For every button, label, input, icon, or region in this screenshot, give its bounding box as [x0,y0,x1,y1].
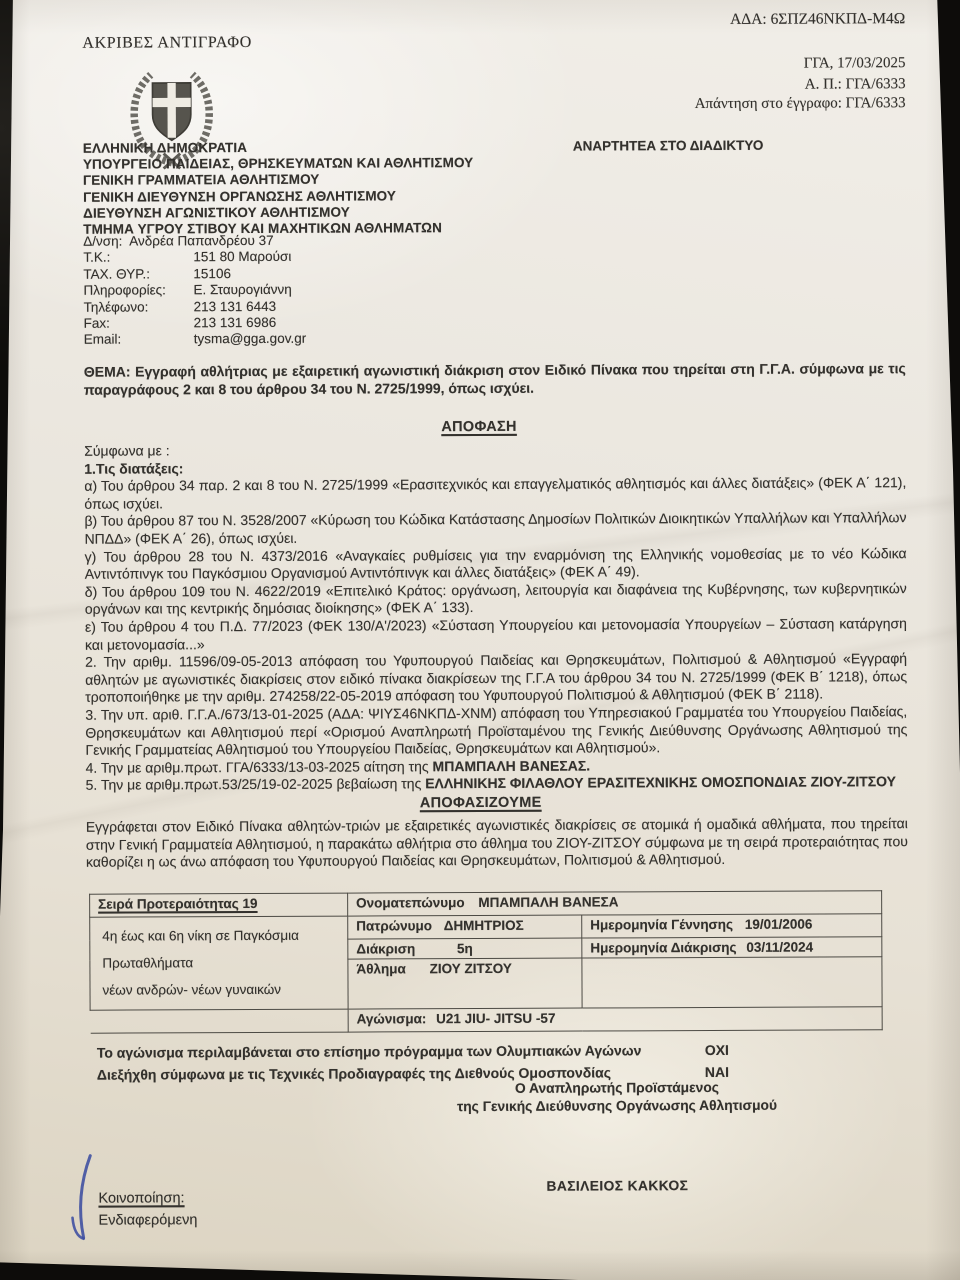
contact-row: Πληροφορίες: Ε. Σταυρογιάννη [83,281,503,299]
subject-label: ΘΕΜΑ: [84,364,131,380]
father-name-cell: Πατρώνυμο ΔΗΜΗΤΡΙΟΣ [348,915,582,939]
contact-value: 151 80 Μαρούσι [193,249,291,266]
empty-cell [582,957,882,1008]
reply-to-document: Απάντηση στο έγγραφο: ΓΓΑ/6333 [695,95,906,113]
contact-row: Τ.Κ.: 151 80 Μαρούσι [83,248,503,266]
date-reference: ΓΓΑ, 17/03/2025 [804,55,906,72]
signatory-title-line1: Ο Αναπληρωτής Προϊστάμενος [417,1079,817,1099]
agency-line: ΓΕΝΙΚΗ ΓΡΑΜΜΑΤΕΙΑ ΑΘΛΗΤΙΣΜΟΥ [83,171,473,189]
signatory-title-block: Ο Αναπληρωτής Προϊστάμενος της Γενικής Δ… [417,1079,817,1117]
birth-value: 19/01/2006 [745,917,813,932]
olympic-answer: ΟΧΙ [705,1040,729,1062]
agency-line: ΓΕΝΙΚΗ ΔΙΕΥΘΥΝΣΗ ΟΡΓΑΝΩΣΗΣ ΑΘΛΗΤΙΣΜΟΥ [83,188,473,206]
distinction-value: 5η [457,941,473,956]
olympic-statement-text: Το αγώνισμα περιλαμβάνεται στο επίσημο π… [97,1042,642,1060]
distribution-label: Κοινοποίηση: [98,1187,197,1209]
contact-row: ΤΑΧ. ΘΥΡ.: 15106 [83,265,503,283]
certified-copy-label: ΑΚΡΙΒΕΣ ΑΝΤΙΓΡΑΦΟ [82,34,252,53]
signatory-name: ΒΑΣΙΛΕΙΟΣ ΚΑΚΚΟΣ [417,1177,817,1197]
issuing-agency-block: ΕΛΛΗΝΙΚΗ ΔΗΜΟΚΡΑΤΙΑ ΥΠΟΥΡΓΕΙΟ ΠΑΙΔΕΙΑΣ, … [83,139,474,238]
signatory-title-line2: της Γενικής Διεύθυνσης Οργάνωσης Αθλητισ… [417,1097,817,1117]
ada-code: ΑΔΑ: 6ΣΠΖ46ΝΚΠΔ-Μ4Ω [730,10,905,29]
distinction-date-label: Ημερομηνία Διάκρισης [590,940,736,956]
father-value: ΔΗΜΗΤΡΙΟΣ [444,918,524,933]
provision-item-c: γ) Του άρθρου 28 του Ν. 4373/2016 «Αναγκ… [85,545,907,584]
item-4-text: 4. Την με αριθμ.πρωτ. ΓΓΑ/6333/13-03-202… [86,758,433,776]
reference-item-3: 3. Την υπ. αριθ. Γ.Γ.Α./673/13-01-2025 (… [85,703,907,759]
birth-label: Ημερομηνία Γέννησης [590,917,733,933]
sport-value: ΖΙΟΥ ΖΙΤΣΟΥ [430,961,512,976]
contact-value: Ανδρέα Παπανδρέου 37 [129,233,273,250]
sport-label: Άθλημα [356,961,405,976]
distribution-recipient: Ενδιαφερόμενη [98,1209,197,1231]
resolution-paragraph: Εγγράφεται στον Ειδικό Πίνακα αθλητών-τρ… [86,815,908,871]
photo-of-document: { "colors": { "ink": "#33312d", "pen_blu… [0,0,960,1280]
athlete-registration-table: Σειρά Προτεραιότητας 19 Ονοματεπώνυμο ΜΠ… [89,890,883,1033]
decision-heading: ΑΠΟΦΑΣΗ [0,417,959,437]
agency-line: ΕΛΛΗΝΙΚΗ ΔΗΜΟΚΡΑΤΙΑ [83,139,473,157]
distribution-block: Κοινοποίηση: Ενδιαφερόμενη [98,1187,197,1231]
contact-label: ΤΑΧ. ΘΥΡ.: [83,266,193,283]
contact-label: Τηλέφωνο: [84,299,194,316]
federation-name-bold: ΕΛΛΗΝΙΚΗΣ ΦΙΛΑΘΛΟΥ ΕΡΑΣΙΤΕΧΝΙΚΗΣ ΟΜΟΣΠΟΝ… [425,773,896,791]
priority-desc-line: 4η έως και 6η νίκη σε Παγκόσμια [102,922,339,950]
distinction-label: Διάκριση [356,941,415,956]
subject-text: Εγγραφή αθλήτριας με εξαιρετική αγωνιστι… [84,360,906,397]
event-value: U21 JIU- JITSU -57 [436,1011,555,1027]
priority-order: Σειρά Προτεραιότητας 19 [98,896,257,912]
father-label: Πατρώνυμο [356,918,432,933]
document-content: ΑΔΑ: 6ΣΠΖ46ΝΚΠΔ-Μ4Ω ΑΚΡΙΒΕΣ ΑΝΤΙΓΡΑΦΟ ΓΓ… [0,0,960,1280]
internet-posting-label: ΑΝΑΡΤΗΤΕΑ ΣΤΟ ΔΙΑΔΙΚΤΥΟ [573,138,764,154]
priority-header-cell: Σειρά Προτεραιότητας 19 [90,893,348,917]
name-value: ΜΠΑΜΠΑΛΗ ΒΑΝΕΣΑ [478,894,618,910]
contact-row: Fax: 213 131 6986 [84,314,504,332]
handwritten-checkmark-icon [60,1152,102,1252]
contact-label: Email: [84,332,194,349]
contact-value: 213 131 6443 [194,299,277,316]
subject-paragraph: ΘΕΜΑ: Εγγραφή αθλήτριας με εξαιρετική αγ… [84,360,906,399]
distinction-date-value: 03/11/2024 [746,940,813,955]
provision-item-d: δ) Του άρθρου 109 του Ν. 4622/2019 «Επιτ… [85,580,907,619]
priority-footer-empty-cell [90,1009,348,1033]
contact-row: Δ/νση: Ανδρέα Παπανδρέου 37 [83,232,503,250]
provision-item-a: α) Του άρθρου 34 παρ. 2 και 8 του Ν. 272… [84,474,906,513]
distinction-date-cell: Ημερομηνία Διάκρισης 03/11/2024 [582,937,882,958]
priority-description-cell: 4η έως και 6η νίκη σε Παγκόσμια Πρωταθλή… [90,916,348,1010]
sport-cell: Άθλημα ΖΙΟΥ ΖΙΤΣΟΥ [348,958,582,1009]
protocol-number: Α. Π.: ΓΓΑ/6333 [805,76,906,93]
name-label: Ονοματεπώνυμο [356,895,465,910]
contact-row: Email: tysma@gga.gov.gr [84,330,504,348]
provision-item-b: β) Του άρθρου 87 του Ν. 3528/2007 «Κύρωσ… [84,510,906,549]
contact-value: tysma@gga.gov.gr [194,331,307,348]
contact-info-block: Δ/νση: Ανδρέα Παπανδρέου 37 Τ.Κ.: 151 80… [83,232,503,349]
reference-item-5: 5. Την με αριθμ.πρωτ.53/25/19-02-2025 βε… [86,773,908,794]
contact-row: Τηλέφωνο: 213 131 6443 [84,298,504,316]
birth-date-cell: Ημερομηνία Γέννησης 19/01/2006 [582,914,882,938]
contact-value: 15106 [193,266,231,283]
agency-line: ΔΙΕΥΘΥΝΣΗ ΑΓΩΝΙΣΤΙΚΟΥ ΑΘΛΗΤΙΣΜΟΥ [83,204,473,222]
contact-value: 213 131 6986 [194,315,277,332]
contact-label: Τ.Κ.: [83,250,193,267]
contact-label: Fax: [84,315,194,332]
item-5-text: 5. Την με αριθμ.πρωτ.53/25/19-02-2025 βε… [86,776,426,793]
resolution-heading: ΑΠΟΦΑΣΙΖΟΥΜΕ [1,793,960,813]
agency-line: ΥΠΟΥΡΓΕΙΟ ΠΑΙΔΕΙΑΣ, ΘΡΗΣΚΕΥΜΑΤΩΝ ΚΑΙ ΑΘΛ… [83,155,473,173]
contact-value: Ε. Σταυρογιάννη [193,282,291,299]
legal-basis-block: Σύμφωνα με : 1.Τις διατάξεις: α) Του άρθ… [84,439,908,794]
reference-item-2: 2. Την αριθμ. 11596/09-05-2013 απόφαση τ… [85,650,907,706]
event-label: Αγώνισμα: [357,1011,427,1026]
full-name-cell: Ονοματεπώνυμο ΜΠΑΜΠΑΛΗ ΒΑΝΕΣΑ [348,891,882,916]
priority-desc-line: Πρωταθλήματα [102,949,339,977]
distinction-cell: Διάκριση 5η [348,938,582,959]
provision-item-e: ε) Του άρθρου 4 του Π.Δ. 77/2023 (ΦΕΚ 13… [85,615,907,654]
contact-label: Πληροφορίες: [83,282,193,299]
athlete-name-bold: ΜΠΑΜΠΑΛΗ ΒΑΝΕΣΑΣ. [432,757,590,774]
contact-label: Δ/νση: [83,234,129,251]
event-cell: Αγώνισμα: U21 JIU- JITSU -57 [348,1007,882,1032]
priority-desc-line: νέων ανδρών- νέων γυναικών [102,976,339,1004]
